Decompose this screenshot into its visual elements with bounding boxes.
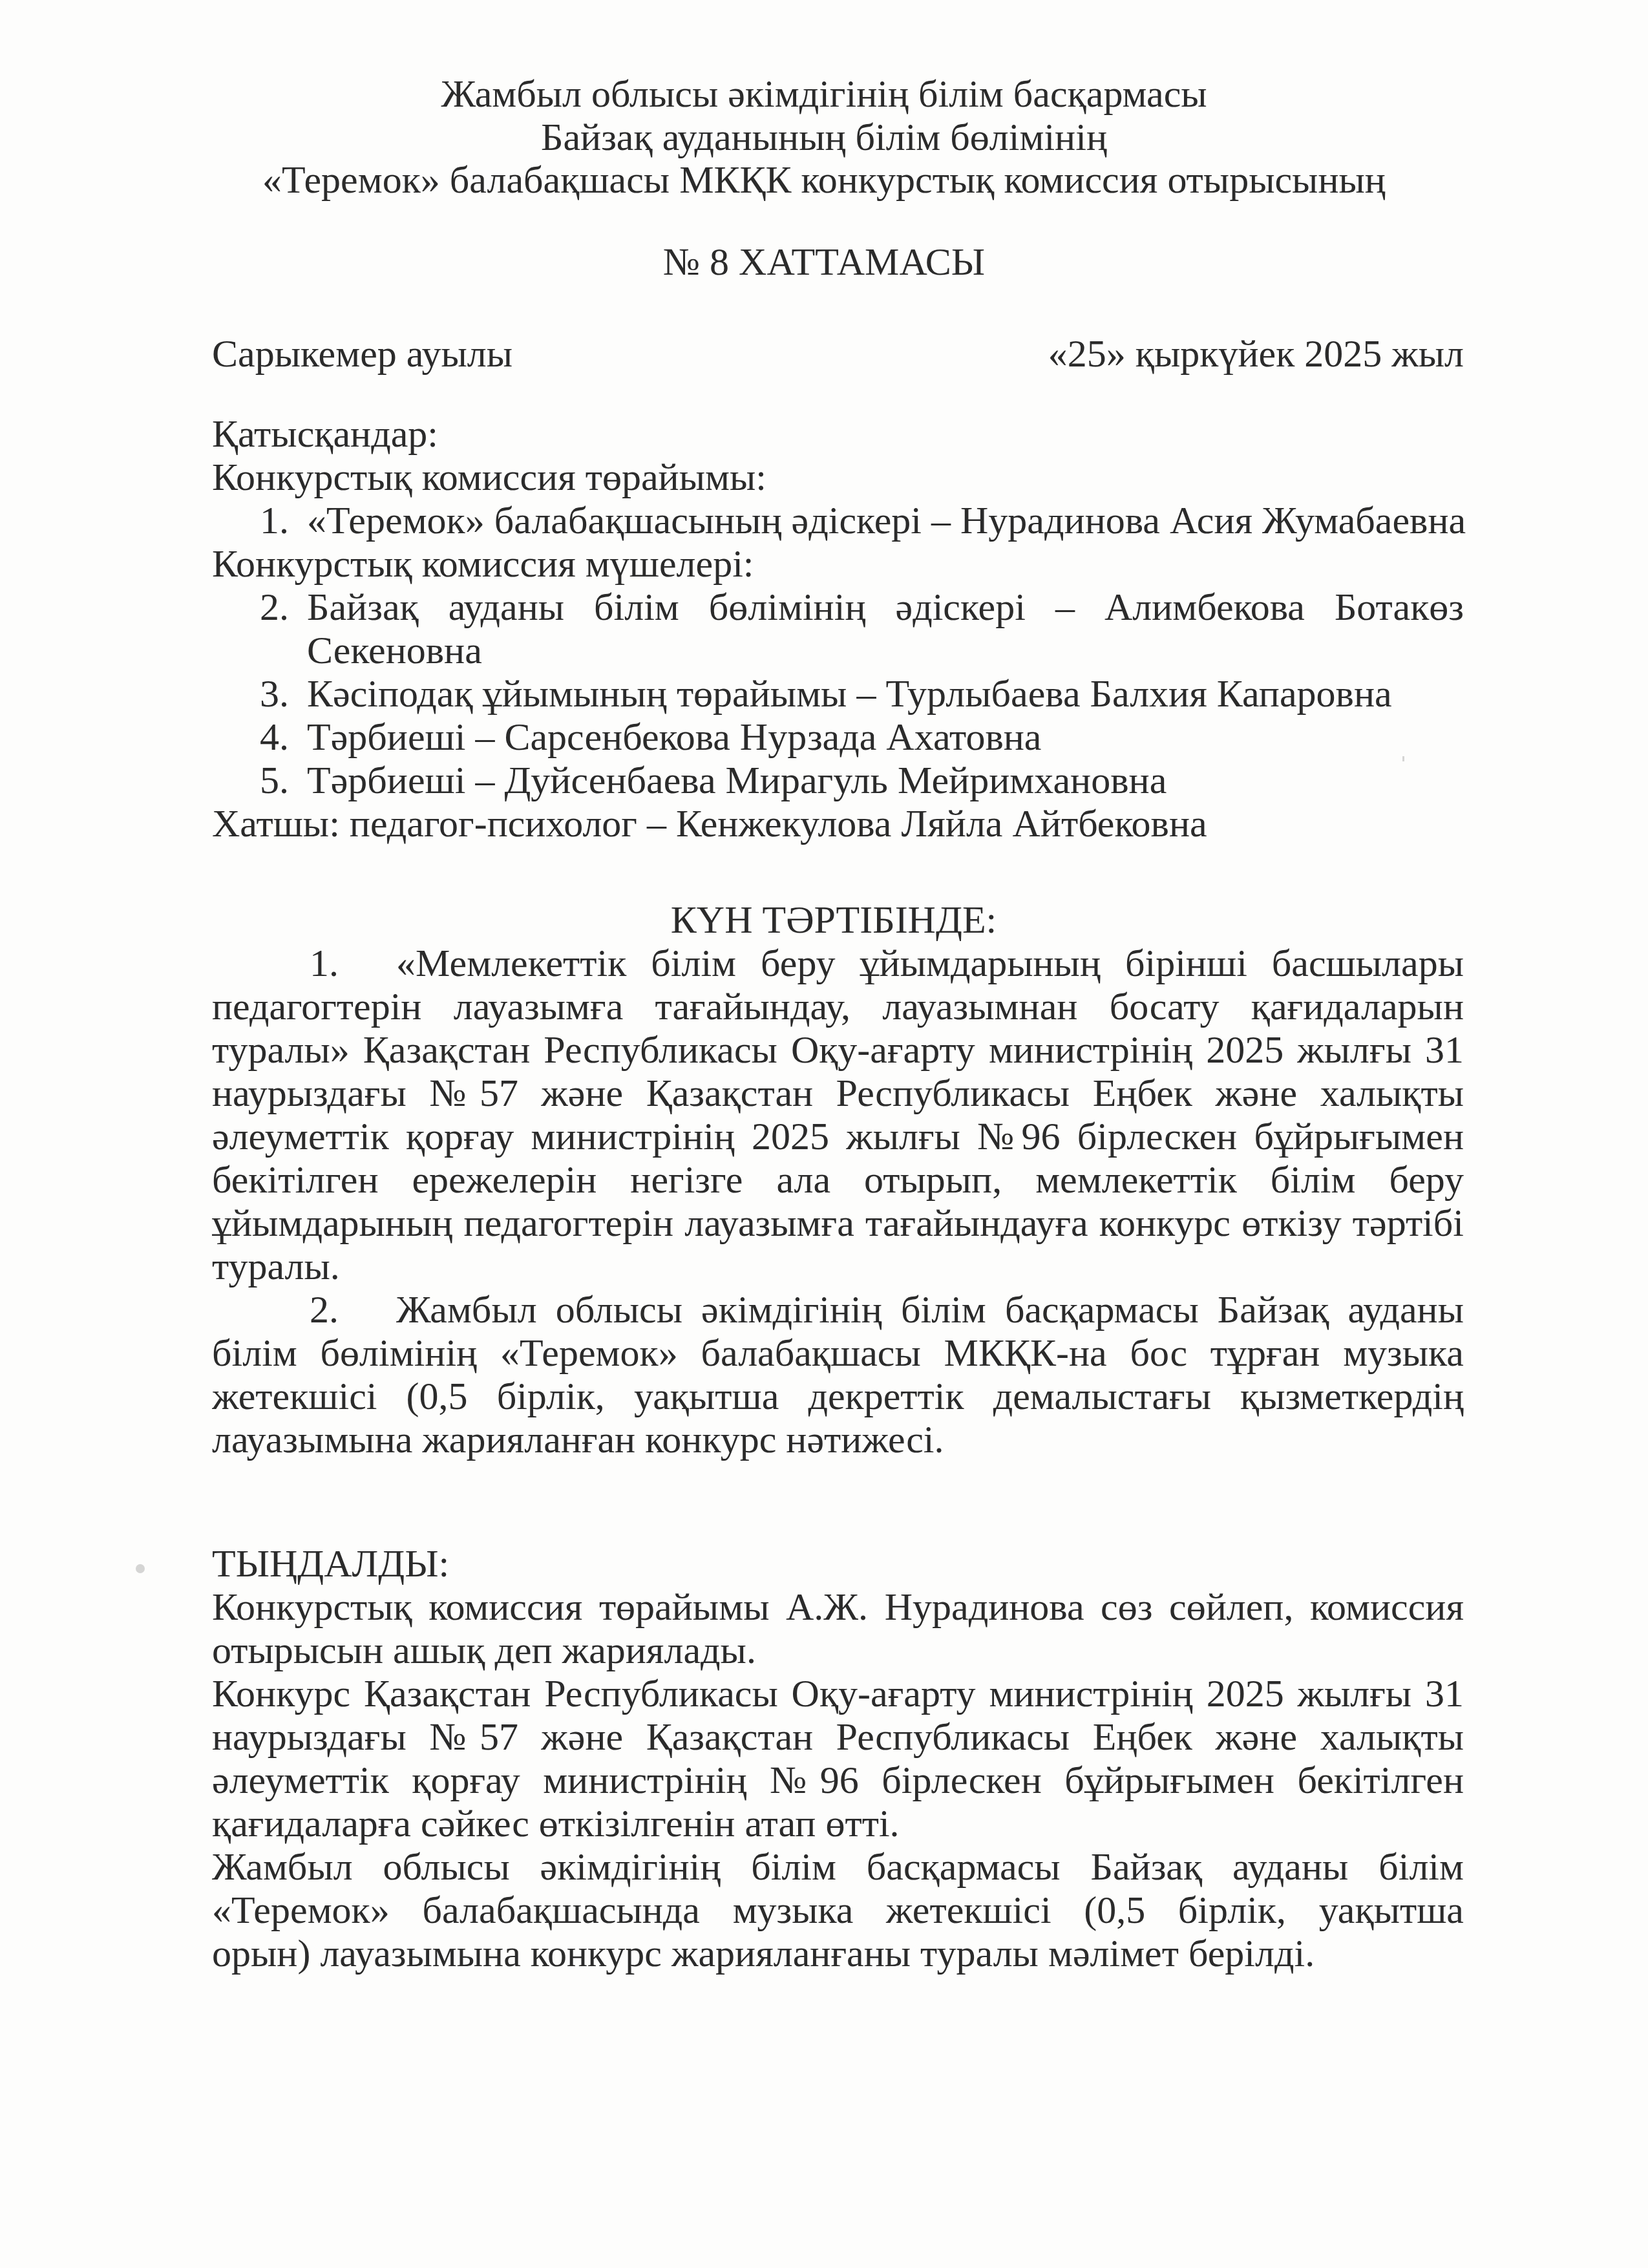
agenda-text: туралы» Қазақстан Республикасы Оқу-ағарт… <box>212 1028 1464 1072</box>
agenda-text: «Мемлекеттік білім беру ұйымдарының бірі… <box>396 942 1464 985</box>
members-heading: Конкурстық комиссия мүшелері: <box>212 542 754 586</box>
agenda-number: 1. <box>310 942 339 985</box>
agenda-heading: КҮН ТӘРТІБІНДЕ: <box>10 898 1648 942</box>
list-number: 3. <box>260 672 289 715</box>
protocol-title: № 8 ХАТТАМАСЫ <box>0 240 1648 284</box>
member-text-cont: Секеновна <box>307 629 482 672</box>
list-number: 2. <box>260 586 289 629</box>
paragraph-text: орын) лауазымына конкурс жарияланғаны ту… <box>212 1932 1315 1975</box>
list-number: 5. <box>260 759 289 802</box>
header-line-2: Байзақ ауданының білім бөлімінің <box>0 116 1648 159</box>
agenda-text: Жамбыл облысы әкімдігінің білім басқарма… <box>396 1288 1464 1331</box>
agenda-text: педагогтерін лауазымға тағайындау, лауаз… <box>212 985 1464 1028</box>
scan-speck <box>136 1564 145 1573</box>
agenda-text: білім бөлімінің «Теремок» балабақшасы МК… <box>212 1331 1464 1375</box>
paragraph-text: Жамбыл облысы әкімдігінің білім басқарма… <box>212 1845 1464 1889</box>
agenda-text: әлеуметтік қорғау министрінің 2025 жылғы… <box>212 1115 1464 1158</box>
agenda-text: жетекшісі (0,5 бірлік, уақытша декреттік… <box>212 1375 1464 1418</box>
document-page: Жамбыл облысы әкімдігінің білім басқарма… <box>0 0 1648 2268</box>
member-text: Кәсіподақ ұйымының төрайымы – Турлыбаева… <box>307 672 1392 715</box>
agenda-text: туралы. <box>212 1245 340 1288</box>
agenda-text: лауазымына жарияланған конкурс нәтижесі. <box>212 1418 944 1461</box>
agenda-text: ұйымдарының педагогтерін лауазымға тағай… <box>212 1202 1464 1245</box>
agenda-number: 2. <box>310 1288 339 1331</box>
paragraph-text: қағидаларға сәйкес өткізілгенін атап өтт… <box>212 1802 900 1845</box>
member-text: Тәрбиеші – Дуйсенбаева Мирагуль Мейримха… <box>307 759 1167 802</box>
participants-heading: Қатысқандар: <box>212 412 438 456</box>
member-text: Байзақ ауданы білім бөлімінің әдіскері –… <box>307 586 1464 629</box>
heard-heading: ТЫҢДАЛДЫ: <box>212 1542 449 1585</box>
secretary: Хатшы: педагог-психолог – Кенжекулова Ля… <box>212 802 1207 845</box>
header-line-3: «Теремок» балабақшасы МКҚК конкурстық ко… <box>0 158 1648 202</box>
member-text: Тәрбиеші – Сарсенбекова Нурзада Ахатовна <box>307 715 1041 759</box>
list-number: 1. <box>260 499 289 542</box>
paragraph-text: Конкурс Қазақстан Республикасы Оқу-ағарт… <box>212 1672 1464 1715</box>
header-line-1: Жамбыл облысы әкімдігінің білім басқарма… <box>0 72 1648 116</box>
paragraph-text: «Теремок» балабақшасында музыка жетекшіс… <box>212 1889 1464 1932</box>
meeting-date: «25» қыркүйек 2025 жыл <box>1048 332 1464 376</box>
paragraph-text: наурыздағы №57 және Қазақстан Республика… <box>212 1715 1464 1759</box>
meeting-place: Сарыкемер ауылы <box>212 332 512 376</box>
paragraph-text: отырысын ашық деп жариялады. <box>212 1629 756 1672</box>
agenda-text: наурыздағы №57 және Қазақстан Республика… <box>212 1072 1464 1115</box>
list-number: 4. <box>260 715 289 759</box>
chair-heading: Конкурстық комиссия төрайымы: <box>212 456 766 499</box>
agenda-text: бекітілген ережелерін негізге ала отырып… <box>212 1158 1464 1202</box>
scan-speck <box>1402 756 1404 761</box>
paragraph-text: әлеуметтік қорғау министрінің №96 бірлес… <box>212 1759 1464 1802</box>
paragraph-text: Конкурстық комиссия төрайымы А.Ж. Нуради… <box>212 1585 1464 1629</box>
chair-name: «Теремок» балабақшасының әдіскері – Нура… <box>307 499 1466 542</box>
